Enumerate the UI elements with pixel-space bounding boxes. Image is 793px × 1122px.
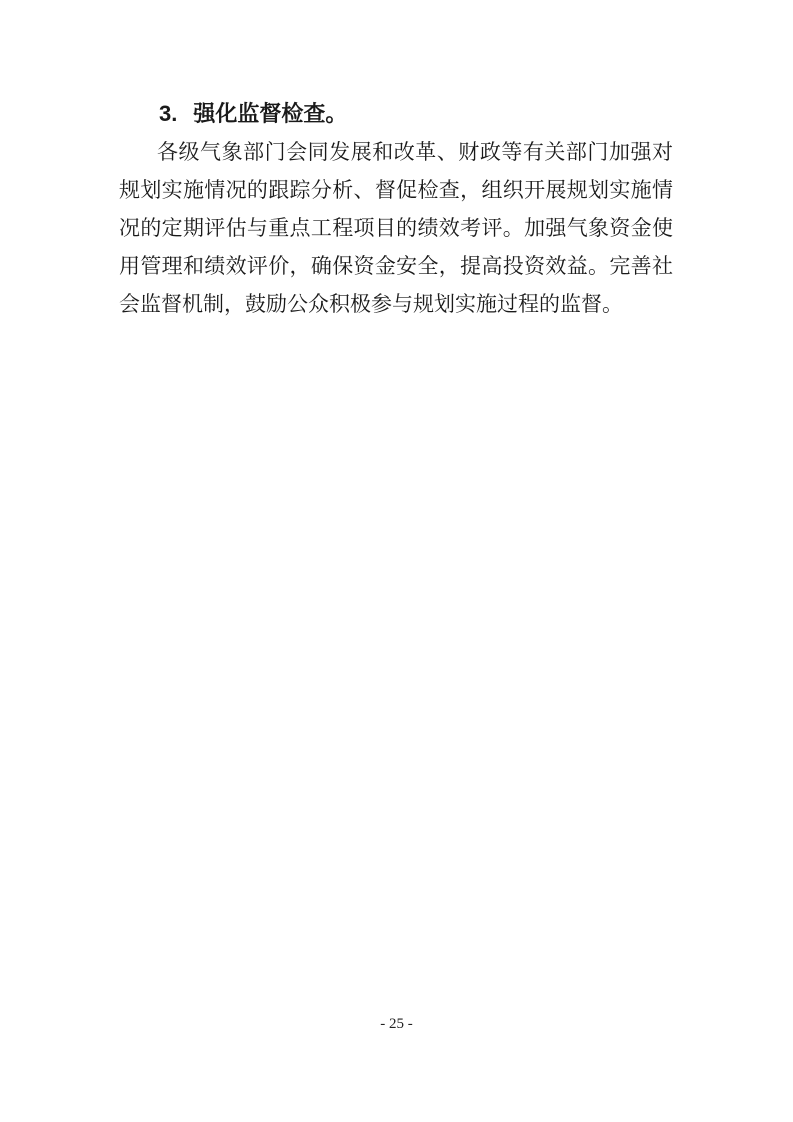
paragraph-line: 况的定期评估与重点工程项目的绩效考评。加强气象资金使 (119, 209, 673, 247)
paragraph-line: 规划实施情况的跟踪分析、督促检查，组织开展规划实施情 (119, 171, 673, 209)
page-footer: - 25 - (0, 1014, 793, 1034)
section-title: 强化监督检查。 (193, 101, 347, 126)
paragraph-line: 用管理和绩效评价，确保资金安全，提高投资效益。完善社 (119, 247, 673, 285)
document-content: 3.强化监督检查。 各级气象部门会同发展和改革、财政等有关部门加强对 规划实施情… (119, 95, 673, 323)
paragraph-line: 各级气象部门会同发展和改革、财政等有关部门加强对 (119, 133, 673, 171)
body-paragraph: 各级气象部门会同发展和改革、财政等有关部门加强对 规划实施情况的跟踪分析、督促检… (119, 133, 673, 323)
document-page: 3.强化监督检查。 各级气象部门会同发展和改革、财政等有关部门加强对 规划实施情… (0, 0, 793, 1122)
page-number: - 25 - (380, 1016, 413, 1032)
section-number: 3. (159, 101, 177, 126)
section-heading: 3.强化监督检查。 (119, 95, 673, 133)
paragraph-line: 会监督机制，鼓励公众积极参与规划实施过程的监督。 (119, 285, 673, 323)
